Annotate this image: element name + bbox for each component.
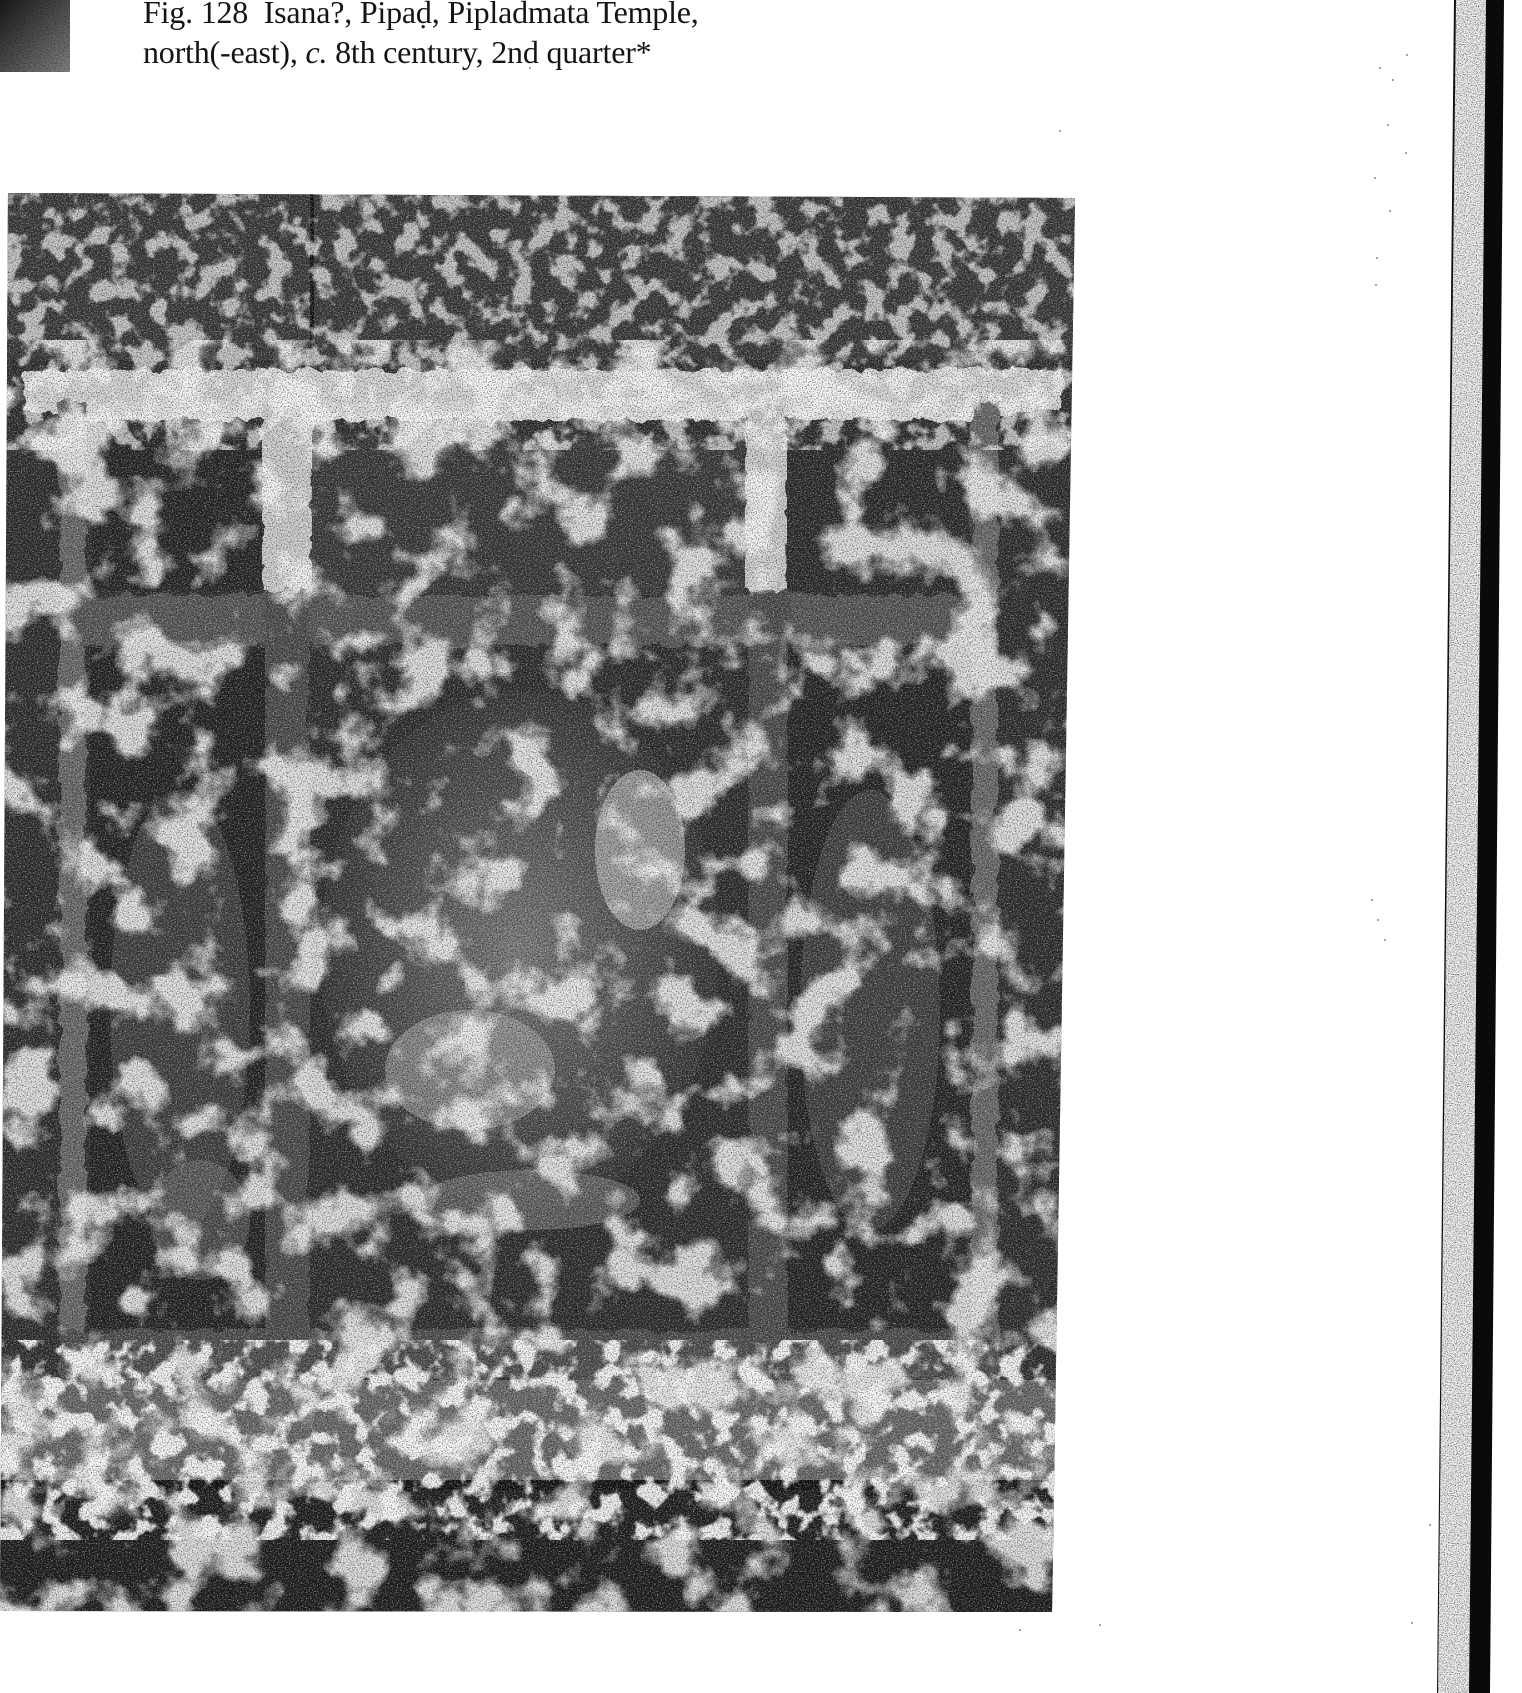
caption-title: Isana?, Pipaḍ, Pipladmata Temple,: [264, 0, 699, 30]
caption-location: north(-east),: [143, 34, 305, 70]
caption-line-1: Fig. 128 Isana?, Pipaḍ, Pipladmata Templ…: [143, 0, 699, 32]
figure-number: Fig. 128: [143, 0, 248, 30]
caption-date: 8th century, 2nd quarter*: [327, 34, 651, 70]
figure-caption: Fig. 128 Isana?, Pipaḍ, Pipladmata Templ…: [143, 0, 699, 72]
relief-photograph: [0, 190, 1076, 1615]
page-edge-shadow: [1432, 0, 1522, 1693]
caption-circa: c.: [305, 34, 327, 70]
caption-line-2: north(-east), c. 8th century, 2nd quarte…: [143, 32, 699, 72]
previous-figure-fragment: [0, 0, 70, 72]
